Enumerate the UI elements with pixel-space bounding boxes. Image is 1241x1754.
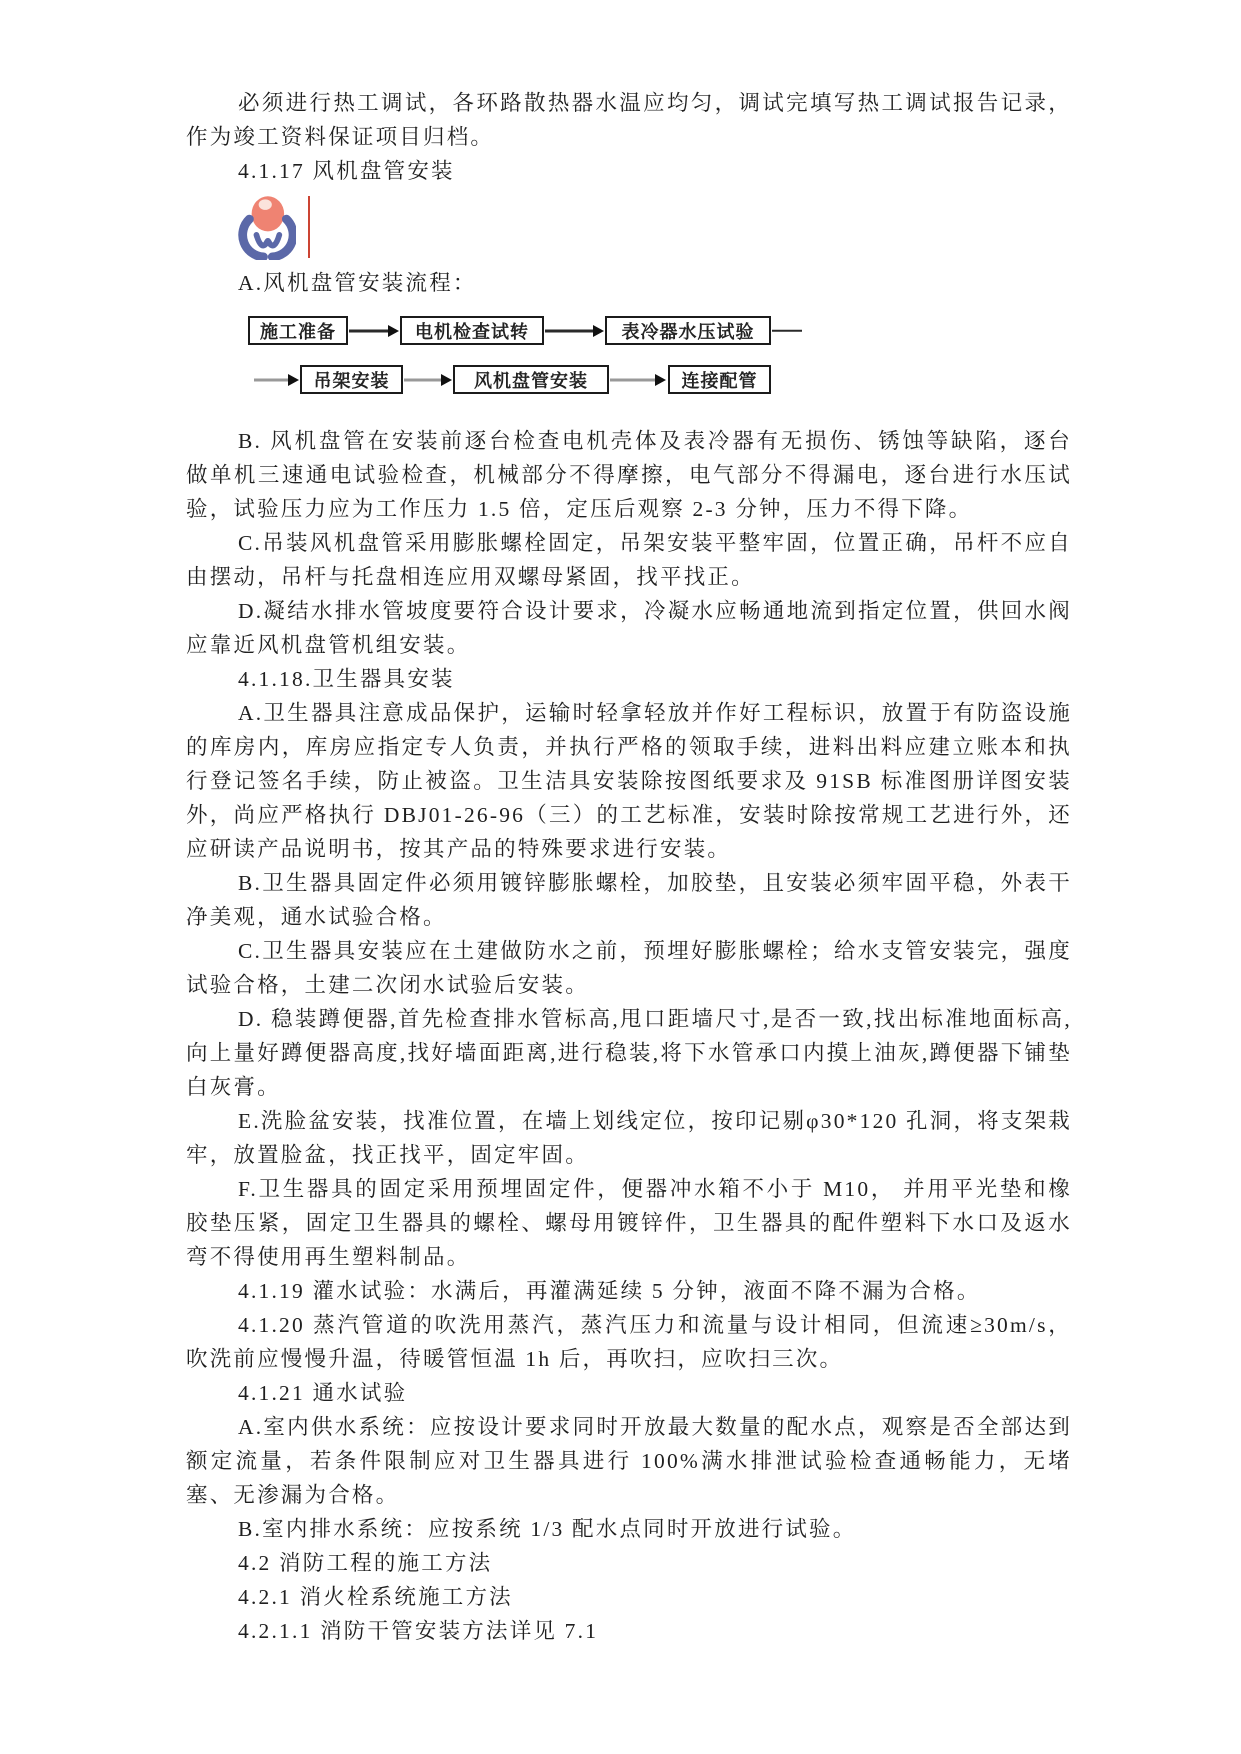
paragraph-d-squat-toilet: D. 稳装蹲便器,首先检查排水管标高,甩口距墙尺寸,是否一致,找出标准地面标高,… — [186, 1002, 1072, 1104]
flow-step-fan-coil-install: 风机盘管安装 — [453, 365, 609, 394]
paragraph-thermal-commissioning: 必须进行热工调试，各环路散热器水温应均匀，调试完填写热工调试报告记录，作为竣工资… — [186, 86, 1072, 154]
company-logo-icon — [238, 194, 296, 260]
paragraph-b-fan-coil-inspection: B. 风机盘管在安装前逐台检查电机壳体及表冷器有无损伤、锈蚀等缺陷，逐台做单机三… — [186, 424, 1072, 526]
paragraph-fan-coil-flow-intro: A.风机盘管安装流程： — [186, 266, 1072, 300]
paragraph-b-sanitary-fixing: B.卫生器具固定件必须用镀锌膨胀螺栓，加胶垫，且安装必须牢固平稳，外表干净美观，… — [186, 866, 1072, 934]
heading-4-1-19-filling-test: 4.1.19 灌水试验：水满后，再灌满延续 5 分钟，液面不降不漏为合格。 — [186, 1274, 1072, 1308]
paragraph-b-indoor-drainage: B.室内排水系统：应按系统 1/3 配水点同时开放进行试验。 — [186, 1512, 1072, 1546]
flow-step-construction-prep: 施工准备 — [248, 316, 348, 345]
heading-4-1-21-water-test: 4.1.21 通水试验 — [186, 1376, 1072, 1410]
flow-step-connect-piping: 连接配管 — [668, 365, 771, 394]
paragraph-c-sanitary-order: C.卫生器具安装应在土建做防水之前，预埋好膨胀螺栓；给水支管安装完，强度试验合格… — [186, 934, 1072, 1002]
flow-step-motor-check: 电机检查试转 — [400, 316, 544, 345]
paragraph-a-sanitary-protection: A.卫生器具注意成品保护，运输时轻拿轻放并作好工程标识，放置于有防盗设施的库房内… — [186, 696, 1072, 866]
inline-logo-block — [238, 194, 1072, 262]
red-caret-line — [308, 196, 310, 258]
heading-4-1-18-sanitary-ware: 4.1.18.卫生器具安装 — [186, 662, 1072, 696]
paragraph-f-fasteners: F.卫生器具的固定采用预埋固定件，便器冲水箱不小于 M10， 并用平光垫和橡胶垫… — [186, 1172, 1072, 1274]
paragraph-e-washbasin: E.洗脸盆安装，找准位置，在墙上划线定位，按印记剔φ30*120 孔洞，将支架栽… — [186, 1104, 1072, 1172]
flow-step-coil-pressure-test: 表冷器水压试验 — [605, 316, 771, 345]
paragraph-c-hanging-install: C.吊装风机盘管采用膨胀螺栓固定，吊架安装平整牢固，位置正确，吊杆不应自由摆动，… — [186, 526, 1072, 594]
fan-coil-install-flowchart: 施工准备 电机检查试转 表冷器水压试验 吊架安装 风机盘管安装 连接配管 — [186, 308, 1072, 396]
heading-4-2-1-1-fire-main: 4.2.1.1 消防干管安装方法详见 7.1 — [186, 1614, 1072, 1648]
flow-arrow-icon — [545, 316, 604, 345]
flow-arrow-icon — [404, 365, 452, 394]
flow-step-hanger-install: 吊架安装 — [300, 365, 403, 394]
flow-connector-line — [772, 316, 802, 345]
flow-arrow-icon — [349, 316, 399, 345]
heading-4-2-1-hydrant-system: 4.2.1 消火栓系统施工方法 — [186, 1580, 1072, 1614]
flow-arrow-icon — [254, 365, 299, 394]
paragraph-4-1-20-steam-purge: 4.1.20 蒸汽管道的吹洗用蒸汽，蒸汽压力和流量与设计相同，但流速≥30m/s… — [186, 1308, 1072, 1376]
document-page: 必须进行热工调试，各环路散热器水温应均匀，调试完填写热工调试报告记录，作为竣工资… — [0, 0, 1241, 1648]
flow-arrow-icon — [610, 365, 666, 394]
paragraph-d-condensate-drain: D.凝结水排水管坡度要符合设计要求，冷凝水应畅通地流到指定位置，供回水阀应靠近风… — [186, 594, 1072, 662]
paragraph-a-indoor-supply: A.室内供水系统：应按设计要求同时开放最大数量的配水点，观察是否全部达到额定流量… — [186, 1410, 1072, 1512]
heading-4-2-fire-works: 4.2 消防工程的施工方法 — [186, 1546, 1072, 1580]
heading-4-1-17-fan-coil-install: 4.1.17 风机盘管安装 — [186, 154, 1072, 188]
